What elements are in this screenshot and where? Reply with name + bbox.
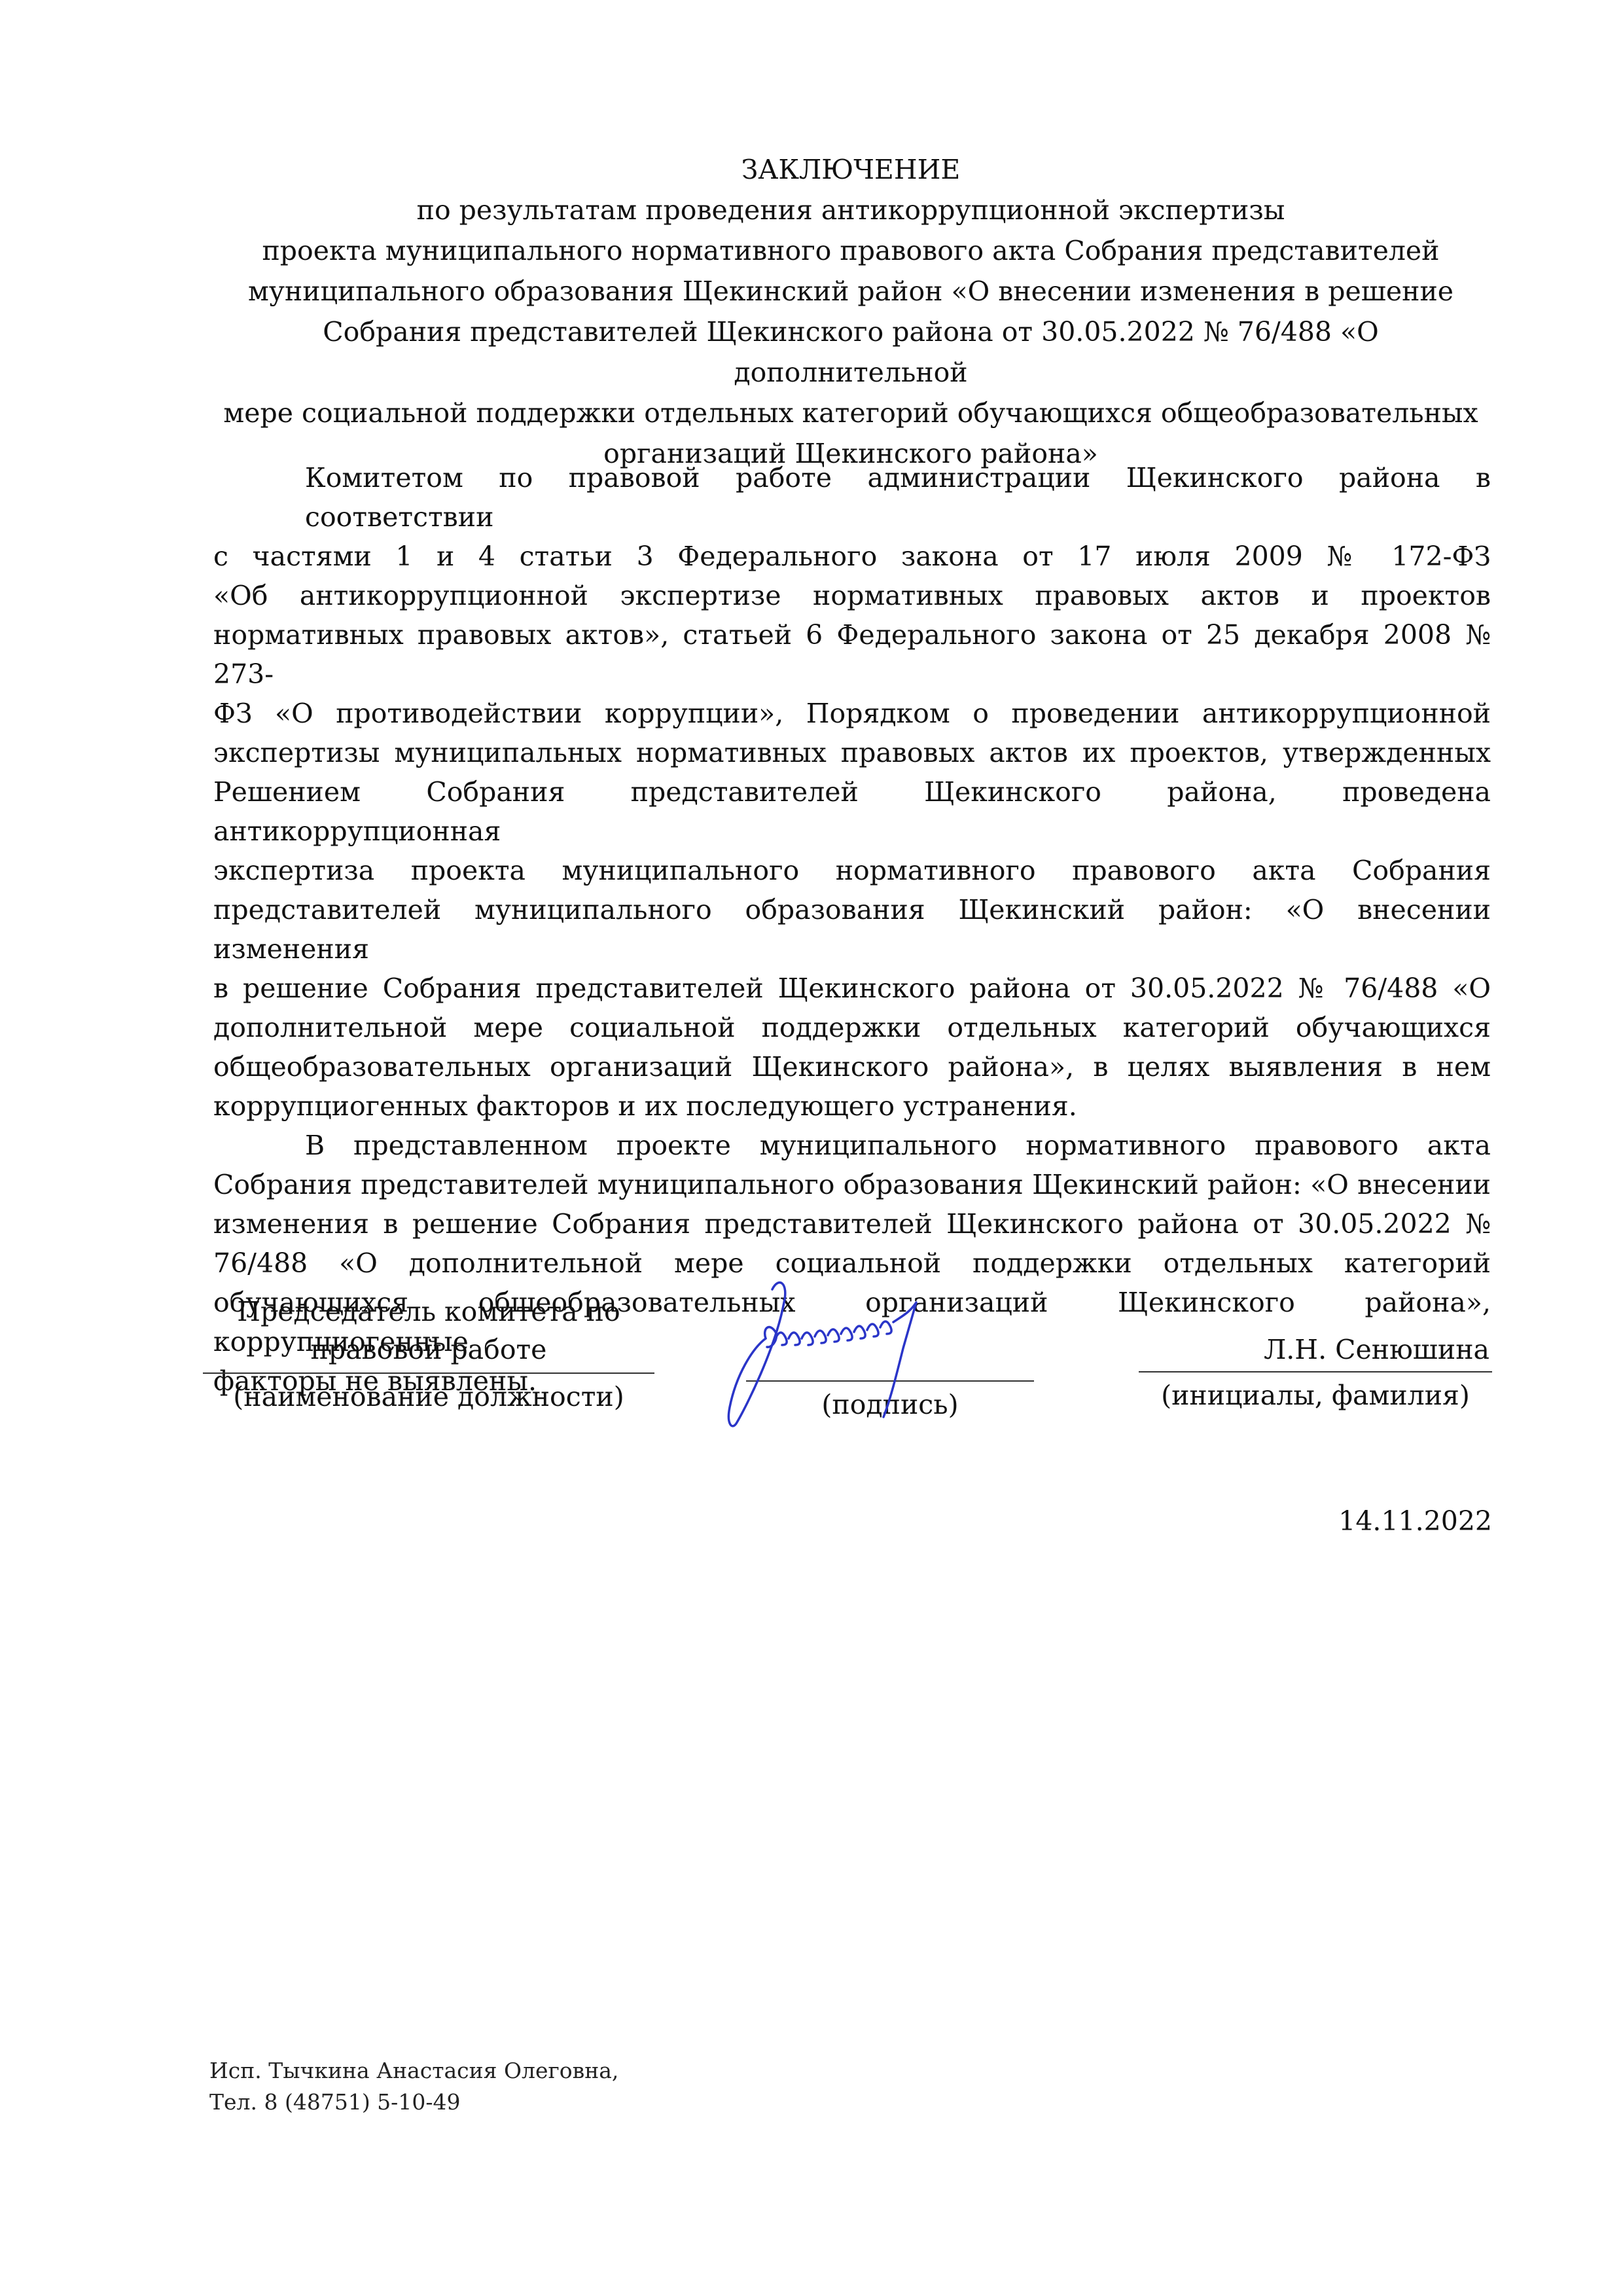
text-line: Решением Собрания представителей Щекинск… [213, 772, 1491, 851]
handwritten-signature-icon [707, 1276, 1073, 1433]
text-line: представителей муниципального образовани… [213, 890, 1491, 969]
text-line: В представленном проекте муниципального … [213, 1126, 1491, 1165]
document-date: 14.11.2022 [1296, 1505, 1492, 1537]
position-caption: (наименование должности) [203, 1378, 654, 1416]
executor-phone: Тел. 8 (48751) 5-10-49 [209, 2087, 618, 2118]
name-caption: (инициалы, фамилия) [1139, 1376, 1492, 1414]
text-line: коррупциогенных факторов и их последующе… [213, 1086, 1491, 1126]
position-column: Председатель комитета по правовой работе… [203, 1293, 654, 1416]
text-line: экспертиза проекта муниципального нормат… [213, 851, 1491, 890]
body-text: Комитетом по правовой работе администрац… [213, 458, 1491, 1401]
text-line: Комитетом по правовой работе администрац… [213, 458, 1491, 537]
text-line: нормативных правовых актов», статьей 6 Ф… [213, 615, 1491, 694]
text-line: ФЗ «О противодействии коррупции», Порядк… [213, 694, 1491, 733]
text-line: экспертизы муниципальных нормативных пра… [213, 733, 1491, 772]
text-line: с частями 1 и 4 статьи 3 Федерального за… [213, 537, 1491, 576]
name-underline [1139, 1371, 1492, 1372]
name-column: Л.Н. Сенюшина (инициалы, фамилия) [1139, 1331, 1492, 1414]
text-line: Собрания представителей муниципального о… [213, 1165, 1491, 1204]
text-line: общеобразовательных организаций Щекинско… [213, 1047, 1491, 1086]
document-page: ЗАКЛЮЧЕНИЕ по результатам проведения ант… [0, 0, 1623, 2296]
signatory-name: Л.Н. Сенюшина [1139, 1331, 1492, 1369]
text-line: дополнительной мере социальной поддержки… [213, 1008, 1491, 1047]
text-line: «Об антикоррупционной экспертизе нормати… [213, 576, 1491, 615]
position-title-line-2: правовой работе [203, 1331, 654, 1369]
subtitle-line: по результатам проведения антикоррупцион… [209, 190, 1492, 230]
text-line: изменения в решение Собрания представите… [213, 1204, 1491, 1244]
title-block: ЗАКЛЮЧЕНИЕ по результатам проведения ант… [209, 149, 1492, 474]
subtitle-line: мере социальной поддержки отдельных кате… [209, 393, 1492, 433]
document-title: ЗАКЛЮЧЕНИЕ [209, 149, 1492, 190]
executor-name: Исп. Тычкина Анастасия Олеговна, [209, 2055, 618, 2087]
footer-contact: Исп. Тычкина Анастасия Олеговна, Тел. 8 … [209, 2055, 618, 2118]
position-underline [203, 1372, 654, 1374]
text-line: в решение Собрания представителей Щекинс… [213, 969, 1491, 1008]
subtitle-line: Собрания представителей Щекинского район… [209, 312, 1492, 393]
subtitle-line: муниципального образования Щекинский рай… [209, 271, 1492, 312]
position-title-line-1: Председатель комитета по [203, 1293, 654, 1331]
subtitle-line: проекта муниципального нормативного прав… [209, 230, 1492, 271]
paragraph-1: Комитетом по правовой работе администрац… [213, 458, 1491, 1126]
